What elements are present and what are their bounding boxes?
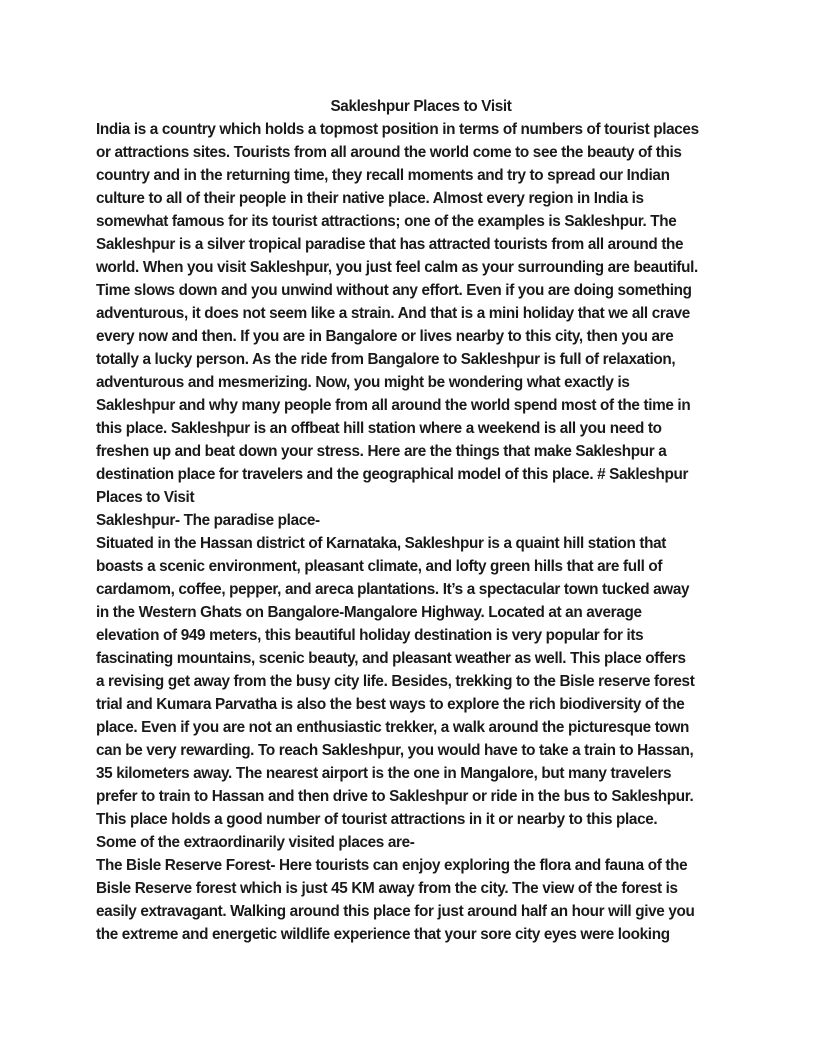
text-line: place. Even if you are not an enthusiast… xyxy=(96,716,726,739)
text-line: 35 kilometers away. The nearest airport … xyxy=(96,762,726,785)
text-line: totally a lucky person. As the ride from… xyxy=(96,348,726,371)
text-line: the extreme and energetic wildlife exper… xyxy=(96,923,726,946)
text-line: Situated in the Hassan district of Karna… xyxy=(96,532,726,555)
text-line: Some of the extraordinarily visited plac… xyxy=(96,831,726,854)
intro-paragraph: India is a country which holds a topmost… xyxy=(96,118,726,509)
text-line: adventurous, it does not seem like a str… xyxy=(96,302,726,325)
situated-paragraph: Situated in the Hassan district of Karna… xyxy=(96,532,726,854)
text-line: destination place for travelers and the … xyxy=(96,463,726,486)
text-line: in the Western Ghats on Bangalore-Mangal… xyxy=(96,601,726,624)
text-line: easily extravagant. Walking around this … xyxy=(96,900,726,923)
text-line: trial and Kumara Parvatha is also the be… xyxy=(96,693,726,716)
text-line: every now and then. If you are in Bangal… xyxy=(96,325,726,348)
text-line: country and in the returning time, they … xyxy=(96,164,726,187)
text-line: Sakleshpur and why many people from all … xyxy=(96,394,726,417)
text-line: prefer to train to Hassan and then drive… xyxy=(96,785,726,808)
text-line: a revising get away from the busy city l… xyxy=(96,670,726,693)
section-heading: Sakleshpur- The paradise place- xyxy=(96,509,726,532)
text-line: Time slows down and you unwind without a… xyxy=(96,279,726,302)
section-heading-paradise: Sakleshpur- The paradise place- xyxy=(96,509,726,532)
text-line: India is a country which holds a topmost… xyxy=(96,118,726,141)
text-line: Sakleshpur is a silver tropical paradise… xyxy=(96,233,726,256)
text-line: adventurous and mesmerizing. Now, you mi… xyxy=(96,371,726,394)
text-line: or attractions sites. Tourists from all … xyxy=(96,141,726,164)
text-line: cardamom, coffee, pepper, and areca plan… xyxy=(96,578,726,601)
text-line: somewhat famous for its tourist attracti… xyxy=(96,210,726,233)
text-line: fascinating mountains, scenic beauty, an… xyxy=(96,647,726,670)
text-line: This place holds a good number of touris… xyxy=(96,808,726,831)
text-line: freshen up and beat down your stress. He… xyxy=(96,440,726,463)
document-page: Sakleshpur Places to Visit India is a co… xyxy=(96,95,726,946)
bisle-paragraph: The Bisle Reserve Forest- Here tourists … xyxy=(96,854,726,946)
text-line: Places to Visit xyxy=(96,486,726,509)
text-line: can be very rewarding. To reach Sakleshp… xyxy=(96,739,726,762)
text-line: culture to all of their people in their … xyxy=(96,187,726,210)
text-line: world. When you visit Sakleshpur, you ju… xyxy=(96,256,726,279)
text-line: The Bisle Reserve Forest- Here tourists … xyxy=(96,854,726,877)
text-line: this place. Sakleshpur is an offbeat hil… xyxy=(96,417,726,440)
text-line: boasts a scenic environment, pleasant cl… xyxy=(96,555,726,578)
document-title: Sakleshpur Places to Visit xyxy=(96,95,746,118)
text-line: Bisle Reserve forest which is just 45 KM… xyxy=(96,877,726,900)
text-line: elevation of 949 meters, this beautiful … xyxy=(96,624,726,647)
